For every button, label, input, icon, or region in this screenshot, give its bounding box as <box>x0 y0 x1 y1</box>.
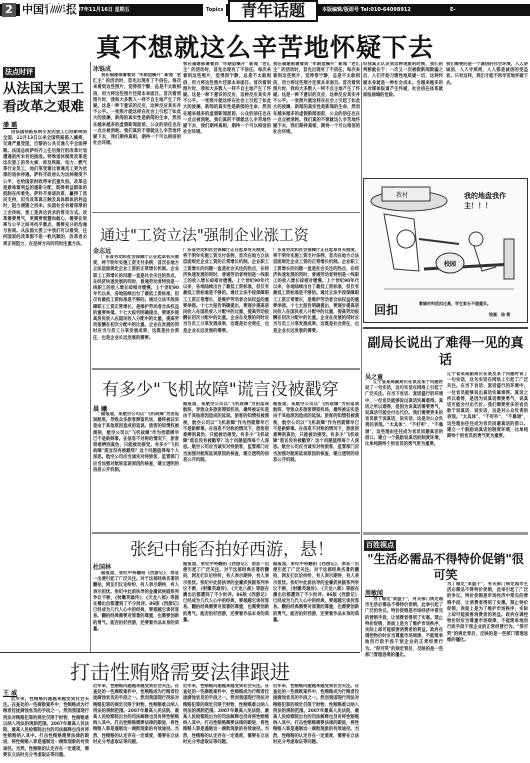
cartoon-credit: 绘画：徐 简 <box>489 312 510 318</box>
bribe-col4: 近年来，性贿赂问题越来越受到社会关注。在查处的一些腐败案件中，性贿赂成为行贿者拉… <box>273 684 359 763</box>
section-tag-public-view: 百姓视点 <box>364 540 396 551</box>
section-divider <box>363 532 528 535</box>
wage-col2: 广东省劳动和社会保障厅正在起草有关制度，将于明年实施工资支付条例，首次在地方立法… <box>183 248 269 365</box>
bribe-byline: 王 威 <box>3 688 17 697</box>
bribe-col3: 近年来，性贿赂问题越来越受到社会关注。在查处的一些腐败案件中，性贿赂成为行贿者拉… <box>183 684 269 763</box>
section-divider <box>363 327 528 329</box>
section-divider <box>92 532 360 534</box>
editor-phone: 本版编辑/版面号 Tel:010-64098912 <box>322 4 411 16</box>
promo-col2: 为了稳定"菜篮子"，有关部门规定超市生活必需品不得特价促销，此举引起了广泛的争议… <box>447 582 528 761</box>
bribe-col1: 近年来，性贿赂问题越来越受到社会关注。在查处的一些腐败案件中，性贿赂成为行贿者拉… <box>3 697 89 763</box>
wage-byline: 金志远 <box>93 246 111 255</box>
flight-col1: 据报道，某航空公司以"飞机故障"为由延误航班，导致众多旅客滞留机场，最终被证实是… <box>93 412 179 530</box>
bribe-headline: 打击性贿赂需要法律跟进 <box>70 660 290 684</box>
section-divider <box>0 652 360 653</box>
main-article-col1: 我在福建部署看到 "年期造稿开" 新闻 "老汇主" 的活动时，首先出现有了不信任… <box>93 73 181 211</box>
date-edition: 2007年11月16日 星期五 <box>70 4 130 16</box>
promo-headline: "生活必需品不得特价促销"很可笑 <box>363 551 528 583</box>
xiyou-col2: 据报道，张纪中将翻拍《西游记》，消息一出便引起了广泛关注。对于这部经典名著的翻拍… <box>183 562 269 648</box>
right-top-col2: 我们需要的是一个诚信的社会环境，人人讲诚信，人人守规则，人人都是诚信的受益者。只… <box>446 62 528 174</box>
promo-byline: 周敏闻 <box>365 588 383 597</box>
section-tag-commentary: 法点时评 <box>3 67 35 78</box>
deputy-col1: 辽宁省某局副局长在谈及某个问题时说了一句实话，这句实话在网络上引起了广泛关注。在… <box>365 380 443 520</box>
xiyou-byline: 杜国林 <box>93 562 111 571</box>
left-article-body: 由法国铁路系统引发的罢工已经影响到全国，11月13日以来全国铁路陷入瘫痪，交通严… <box>3 130 87 650</box>
cartoon-label-school: 校园 <box>444 259 456 268</box>
wage-col1: 广东省劳动和社会保障厅正在起草有关制度，将于明年实施工资支付条例，首次在地方立法… <box>93 255 179 365</box>
xiyou-col3: 据报道，张纪中将翻拍《西游记》，消息一出便引起了广泛关注。对于这部经典名著的翻拍… <box>273 562 359 648</box>
editorial-cartoon: 教材 我的地盘我作主！！！ 校园 回扣 教辅材料回扣过高，学生家长不堪重负。 绘… <box>363 178 528 323</box>
right-top-col1: 但我真正认识到这种现象的时候，我们的判断就在于：一次又一次被假新闻欺骗之后，人们… <box>363 62 443 174</box>
section-divider <box>92 368 360 370</box>
flight-col2: 据报道，某航空公司以"飞机故障"为由延误航班，导致众多旅客滞留机场，最终被证实是… <box>183 402 269 530</box>
column-divider <box>90 62 91 652</box>
left-byline: 潘 璐 <box>3 120 17 129</box>
svg-text:教材: 教材 <box>396 191 408 199</box>
flight-col3: 据报道，某航空公司以"飞机故障"为由延误航班，导致众多旅客滞留机场，最终被证实是… <box>273 402 359 530</box>
deputy-headline: 副局长说出了难得一见的真话 <box>363 335 528 369</box>
cartoon-title: 回扣 <box>374 301 398 318</box>
main-article-col3: 我在福建部署看到 "年期造稿开" 新闻 "老汇主" 的活动时，首先出现有了不信任… <box>273 62 360 210</box>
promo-col1: 为了稳定"菜篮子"，有关部门规定超市生活必需品不得特价促销，此举引起了广泛的争议… <box>365 597 443 761</box>
left-headline: 从法国大罢工看改革之艰难 <box>3 80 88 116</box>
deputy-col2: 辽宁省某局副局长在谈及某个问题时说了一句实话，这句实话在网络上引起了广泛关注。在… <box>447 372 528 520</box>
section-divider <box>92 212 360 213</box>
flight-headline: 有多少"飞机故障"谎言没被戳穿 <box>102 380 339 400</box>
section-title: 青年话题 <box>228 0 318 22</box>
column-divider <box>361 62 362 652</box>
wage-headline: 通过"工资立法"强制企业涨工资 <box>100 225 309 245</box>
main-article-col2: 我在福建部署看到 "年期造稿开" 新闻 "老汇主" 的活动时，首先出现有了不信任… <box>183 62 271 210</box>
bribe-col2: 近年来，性贿赂问题越来越受到社会关注。在查处的一些腐败案件中，性贿赂成为行贿者拉… <box>93 684 179 763</box>
wage-col3: 广东省劳动和社会保障厅正在起草有关制度，将于明年实施工资支付条例，首次在地方立法… <box>273 248 359 365</box>
topics-label: Topics <box>203 4 226 16</box>
main-byline: 冰铄成 <box>93 64 111 73</box>
decorative-slashes: ///// <box>48 4 63 16</box>
cartoon-caption: 教辅材料回扣过高，学生家长不堪重负。 <box>419 301 524 307</box>
page-number: 2 <box>2 3 16 17</box>
xiyou-headline: 张纪中能否拍好西游，悬！ <box>130 540 334 560</box>
xiyou-col1: 据报道，张纪中将翻拍《西游记》，消息一出便引起了广泛关注。对于这部经典名著的翻拍… <box>93 571 179 648</box>
cartoon-speech: 我的地盘我作主！！！ <box>464 191 514 211</box>
contact-email: E-mail:hyqsu@yahoo.com.cn <box>450 4 530 28</box>
main-headline: 真不想就这么辛苦地怀疑下去 <box>0 28 530 64</box>
